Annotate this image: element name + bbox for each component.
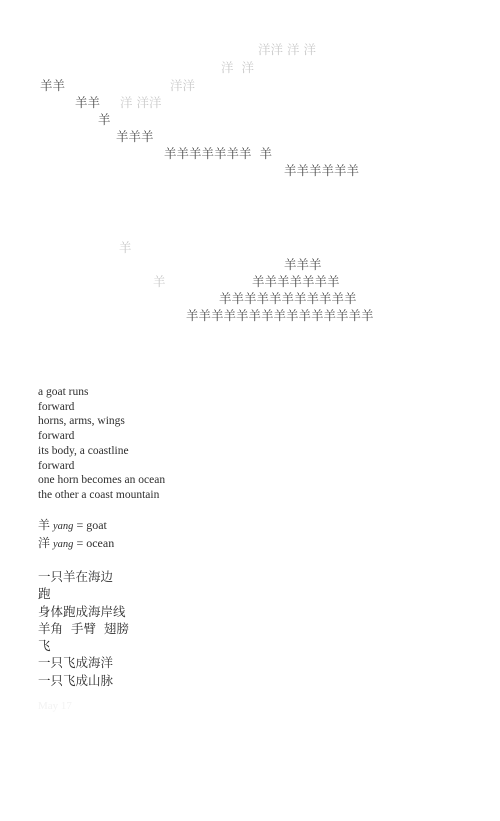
glossary-entry-goat: 羊 yang = goat: [38, 517, 114, 535]
glossary-meaning: ocean: [86, 536, 114, 550]
verse-line: 一只飞成海洋: [38, 654, 129, 671]
goat-glyph-row: 羊羊羊: [116, 130, 154, 144]
ocean-glyph-row: 洋 洋: [221, 61, 254, 75]
glossary-equals: =: [76, 536, 83, 550]
verse-line: 一只飞成山脉: [38, 672, 129, 689]
ocean-glyph-row: 洋洋: [170, 79, 195, 93]
glossary-meaning: goat: [86, 518, 107, 532]
verse-line: 身体跑成海岸线: [38, 603, 129, 620]
mountain-row-4: 羊羊羊羊羊羊羊羊羊羊羊羊羊羊羊: [186, 309, 374, 323]
verse-line: 一只羊在海边: [38, 568, 129, 585]
english-verse: a goat runs forward horns, arms, wings f…: [38, 385, 165, 503]
glossary: 羊 yang = goat 洋 yang = ocean: [38, 517, 114, 553]
glossary-entry-ocean: 洋 yang = ocean: [38, 535, 114, 553]
mountain-row-1: 羊羊羊: [284, 258, 322, 272]
verse-line: horns, arms, wings: [38, 414, 165, 429]
mountain-row-2: 羊羊羊羊羊羊羊: [252, 275, 340, 289]
verse-line: forward: [38, 400, 165, 415]
goat-glyph-row: 羊: [98, 113, 111, 127]
verse-line: 羊角 手臂 翅膀: [38, 620, 129, 637]
goat-glyph-row: 羊羊: [75, 96, 100, 110]
ocean-glyph-row: 洋 洋洋: [120, 96, 161, 110]
mountain-row-3: 羊羊羊羊羊羊羊羊羊羊羊: [219, 292, 357, 306]
verse-line: forward: [38, 429, 165, 444]
goat-glyph-row: 羊羊: [40, 79, 65, 93]
glossary-char: 洋: [38, 536, 50, 550]
glossary-pinyin: yang: [53, 521, 73, 532]
verse-line: 飞: [38, 637, 129, 654]
goat-glyph-faint: 羊: [119, 241, 132, 255]
verse-line: a goat runs: [38, 385, 165, 400]
goat-glyph-faint: 羊: [153, 275, 166, 289]
verse-line: forward: [38, 459, 165, 474]
verse-line: its body, a coastline: [38, 444, 165, 459]
faint-footnote: May 17: [38, 700, 72, 712]
ocean-glyph-row: 洋洋 洋 洋: [258, 43, 316, 57]
verse-line: 跑: [38, 585, 129, 602]
goat-glyph-row: 羊羊羊羊羊羊羊 羊: [164, 147, 272, 161]
verse-line: one horn becomes an ocean: [38, 473, 165, 488]
verse-line: the other a coast mountain: [38, 488, 165, 503]
glossary-char: 羊: [38, 518, 50, 532]
glossary-equals: =: [76, 518, 83, 532]
goat-glyph-row: 羊羊羊羊羊羊: [284, 164, 359, 178]
chinese-verse: 一只羊在海边 跑 身体跑成海岸线 羊角 手臂 翅膀 飞 一只飞成海洋 一只飞成山…: [38, 568, 129, 689]
glossary-pinyin: yang: [53, 539, 73, 550]
